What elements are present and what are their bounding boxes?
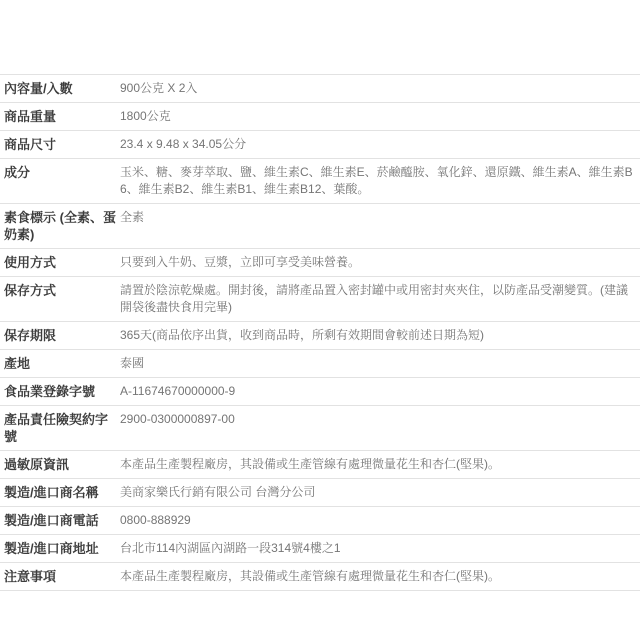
spec-label: 製造/進口商電話 [0, 512, 120, 529]
spec-label: 保存方式 [0, 282, 120, 299]
spec-value: 900公克 X 2入 [120, 80, 640, 97]
spec-row-liability-insurance-number: 產品責任險契約字號 2900-0300000897-00 [0, 406, 640, 451]
spec-row-manufacturer-name: 製造/進口商名稱 美商家樂氏行銷有限公司 台灣分公司 [0, 479, 640, 507]
spec-value: 台北市114內湖區內湖路一段314號4樓之1 [120, 540, 640, 557]
spec-label: 成分 [0, 164, 120, 181]
spec-value: 1800公克 [120, 108, 640, 125]
product-spec-page: 內容量/入數 900公克 X 2入 商品重量 1800公克 商品尺寸 23.4 … [0, 0, 640, 640]
spec-label: 過敏原資訊 [0, 456, 120, 473]
product-spec-table: 內容量/入數 900公克 X 2入 商品重量 1800公克 商品尺寸 23.4 … [0, 74, 640, 591]
spec-row-food-registration-number: 食品業登錄字號 A-11674670000000-9 [0, 378, 640, 406]
spec-label: 食品業登錄字號 [0, 383, 120, 400]
spec-value: 本產品生產製程廠房，其設備或生產管線有處理微量花生和杏仁(堅果)。 [120, 456, 640, 473]
spec-label: 產地 [0, 355, 120, 372]
spec-value: 只要到入牛奶、豆漿，立即可享受美味營養。 [120, 254, 640, 271]
spec-label: 內容量/入數 [0, 80, 120, 97]
spec-label: 商品重量 [0, 108, 120, 125]
spec-row-origin: 產地 泰國 [0, 350, 640, 378]
spec-label: 素食標示 (全素、蛋奶素) [0, 209, 120, 243]
spec-label: 保存期限 [0, 327, 120, 344]
spec-row-manufacturer-phone: 製造/進口商電話 0800-888929 [0, 507, 640, 535]
spec-value: 美商家樂氏行銷有限公司 台灣分公司 [120, 484, 640, 501]
spec-value: 0800-888929 [120, 512, 640, 529]
spec-value: 2900-0300000897-00 [120, 411, 640, 428]
spec-value: 請置於陰涼乾燥處。開封後，請將產品置入密封罐中或用密封夾夾住，以防產品受潮變質。… [120, 282, 640, 316]
spec-row-precautions: 注意事項 本產品生產製程廠房，其設備或生產管線有處理微量花生和杏仁(堅果)。 [0, 563, 640, 591]
spec-label: 製造/進口商地址 [0, 540, 120, 557]
spec-label: 商品尺寸 [0, 136, 120, 153]
spec-label: 製造/進口商名稱 [0, 484, 120, 501]
spec-row-manufacturer-address: 製造/進口商地址 台北市114內湖區內湖路一段314號4樓之1 [0, 535, 640, 563]
spec-row-allergen-info: 過敏原資訊 本產品生產製程廠房，其設備或生產管線有處理微量花生和杏仁(堅果)。 [0, 451, 640, 479]
spec-row-product-weight: 商品重量 1800公克 [0, 103, 640, 131]
spec-label: 使用方式 [0, 254, 120, 271]
spec-label: 產品責任險契約字號 [0, 411, 120, 445]
spec-row-vegetarian-label: 素食標示 (全素、蛋奶素) 全素 [0, 204, 640, 249]
spec-row-product-dimensions: 商品尺寸 23.4 x 9.48 x 34.05公分 [0, 131, 640, 159]
spec-value: 365天(商品依序出貨，收到商品時，所剩有效期間會較前述日期為短) [120, 327, 640, 344]
spec-row-usage-method: 使用方式 只要到入牛奶、豆漿，立即可享受美味營養。 [0, 249, 640, 277]
spec-label: 注意事項 [0, 568, 120, 585]
spec-value: 本產品生產製程廠房，其設備或生產管線有處理微量花生和杏仁(堅果)。 [120, 568, 640, 585]
spec-value: 23.4 x 9.48 x 34.05公分 [120, 136, 640, 153]
spec-value: A-11674670000000-9 [120, 383, 640, 400]
spec-row-storage-method: 保存方式 請置於陰涼乾燥處。開封後，請將產品置入密封罐中或用密封夾夾住，以防產品… [0, 277, 640, 322]
spec-row-ingredients: 成分 玉米、糖、麥芽萃取、鹽、維生素C、維生素E、菸鹼醯胺、氧化鋅、還原鐵、維生… [0, 159, 640, 204]
spec-value: 全素 [120, 209, 640, 226]
spec-row-shelf-life: 保存期限 365天(商品依序出貨，收到商品時，所剩有效期間會較前述日期為短) [0, 322, 640, 350]
spec-value: 玉米、糖、麥芽萃取、鹽、維生素C、維生素E、菸鹼醯胺、氧化鋅、還原鐵、維生素A、… [120, 164, 640, 198]
spec-row-content-amount: 內容量/入數 900公克 X 2入 [0, 75, 640, 103]
spec-value: 泰國 [120, 355, 640, 372]
